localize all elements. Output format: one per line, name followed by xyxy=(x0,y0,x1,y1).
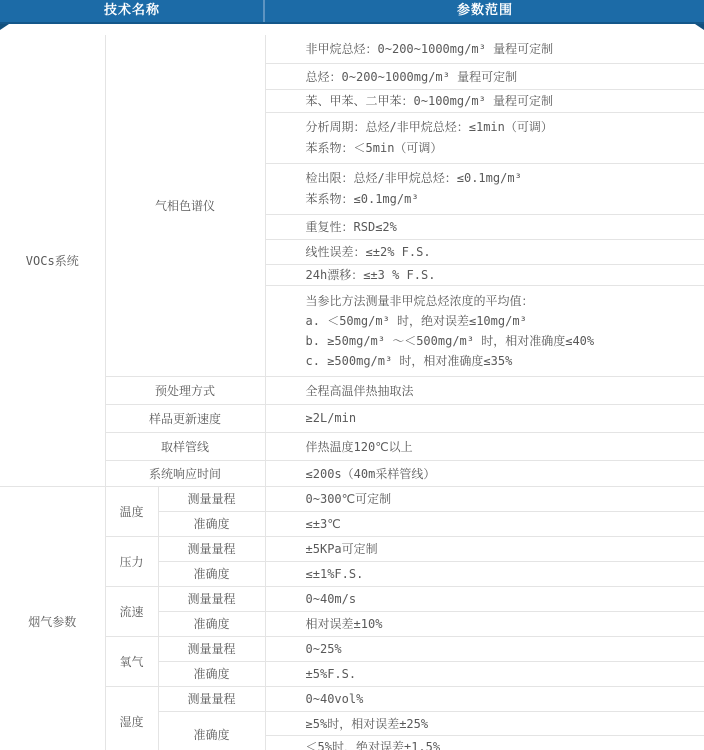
header-param-range: 参数范围 xyxy=(266,0,704,22)
ribbon-fold-right-icon xyxy=(695,24,704,30)
accuracy-label: 准确度 xyxy=(158,511,265,536)
param-pressure: 压力 xyxy=(105,536,158,586)
humidity-accuracy-value-2: ＜5%时，绝对误差±1.5% xyxy=(265,735,704,750)
gc-row-line: c. ≥500mg/m³ 时，相对准确度≤35% xyxy=(306,351,704,371)
gc-row-value: 非甲烷总烃：0~200~1000mg/m³ 量程可定制 xyxy=(265,35,704,63)
range-label: 测量量程 xyxy=(158,686,265,711)
range-label: 测量量程 xyxy=(158,486,265,511)
gc-row-line: a. ＜50mg/m³ 时，绝对误差≤10mg/m³ xyxy=(306,311,704,331)
accuracy-label: 准确度 xyxy=(158,661,265,686)
gc-row-value: 24h漂移：≤±3 % F.S. xyxy=(265,264,704,285)
range-label: 测量量程 xyxy=(158,636,265,661)
param-temperature: 温度 xyxy=(105,486,158,536)
param-oxygen: 氧气 xyxy=(105,636,158,686)
sampling-line-value: 伴热温度120℃以上 xyxy=(265,432,704,460)
gc-row-line: 检出限：总烃/非甲烷总烃：≤0.1mg/m³ xyxy=(306,168,704,189)
ribbon-fold-left-icon xyxy=(0,24,9,30)
param-humidity: 湿度 xyxy=(105,686,158,750)
gc-row-value: 线性误差：≤±2% F.S. xyxy=(265,239,704,264)
response-time-label: 系统响应时间 xyxy=(105,460,265,486)
gc-row-value: 总烃：0~200~1000mg/m³ 量程可定制 xyxy=(265,63,704,89)
humidity-range-value: 0~40vol% xyxy=(265,686,704,711)
gc-row-value: 分析周期：总烃/非甲烷总烃：≤1min（可调） 苯系物：＜5min（可调） xyxy=(265,112,704,163)
pressure-accuracy-value: ≤±1%F.S. xyxy=(265,561,704,586)
gc-cell: 气相色谱仪 xyxy=(105,35,265,376)
table-header-ribbon: 技术名称 参数范围 xyxy=(0,0,704,24)
pretreatment-label: 预处理方式 xyxy=(105,376,265,404)
gc-row-line: 分析周期：总烃/非甲烷总烃：≤1min（可调） xyxy=(306,117,704,138)
sample-rate-label: 样品更新速度 xyxy=(105,404,265,432)
accuracy-label: 准确度 xyxy=(158,611,265,636)
range-label: 测量量程 xyxy=(158,586,265,611)
gc-row-line: 苯系物：≤0.1mg/m³ xyxy=(306,189,704,210)
sampling-line-label: 取样管线 xyxy=(105,432,265,460)
velocity-accuracy-value: 相对误差±10% xyxy=(265,611,704,636)
pretreatment-value: 全程高温伴热抽取法 xyxy=(265,376,704,404)
gc-row-value: 检出限：总烃/非甲烷总烃：≤0.1mg/m³ 苯系物：≤0.1mg/m³ xyxy=(265,163,704,214)
humidity-accuracy-value-1: ≥5%时，相对误差±25% xyxy=(265,711,704,735)
voc-system-cell: VOCs系统 xyxy=(0,35,105,486)
param-velocity: 流速 xyxy=(105,586,158,636)
temperature-accuracy-value: ≤±3℃ xyxy=(265,511,704,536)
header-divider xyxy=(263,0,265,22)
temperature-range-value: 0~300℃可定制 xyxy=(265,486,704,511)
flue-gas-cell: 烟气参数 xyxy=(0,486,105,750)
gc-row-line: 当参比方法测量非甲烷总烃浓度的平均值： xyxy=(306,291,704,311)
sample-rate-value: ≥2L/min xyxy=(265,404,704,432)
gc-row-line: b. ≥50mg/m³ ～＜500mg/m³ 时，相对准确度≤40% xyxy=(306,331,704,351)
gc-row-value: 当参比方法测量非甲烷总烃浓度的平均值： a. ＜50mg/m³ 时，绝对误差≤1… xyxy=(265,285,704,376)
velocity-range-value: 0~40m/s xyxy=(265,586,704,611)
oxygen-accuracy-value: ±5%F.S. xyxy=(265,661,704,686)
response-time-value: ≤200s（40m采样管线） xyxy=(265,460,704,486)
gc-row-value: 重复性：RSD≤2% xyxy=(265,214,704,239)
gc-row-line: 苯系物：＜5min（可调） xyxy=(306,138,704,159)
spec-table: VOCs系统 气相色谱仪 非甲烷总烃：0~200~1000mg/m³ 量程可定制… xyxy=(0,35,704,750)
pressure-range-value: ±5KPa可定制 xyxy=(265,536,704,561)
oxygen-range-value: 0~25% xyxy=(265,636,704,661)
accuracy-label: 准确度 xyxy=(158,711,265,750)
range-label: 测量量程 xyxy=(158,536,265,561)
header-tech-name: 技术名称 xyxy=(0,0,264,22)
accuracy-label: 准确度 xyxy=(158,561,265,586)
gc-row-value: 苯、甲苯、二甲苯：0~100mg/m³ 量程可定制 xyxy=(265,89,704,112)
